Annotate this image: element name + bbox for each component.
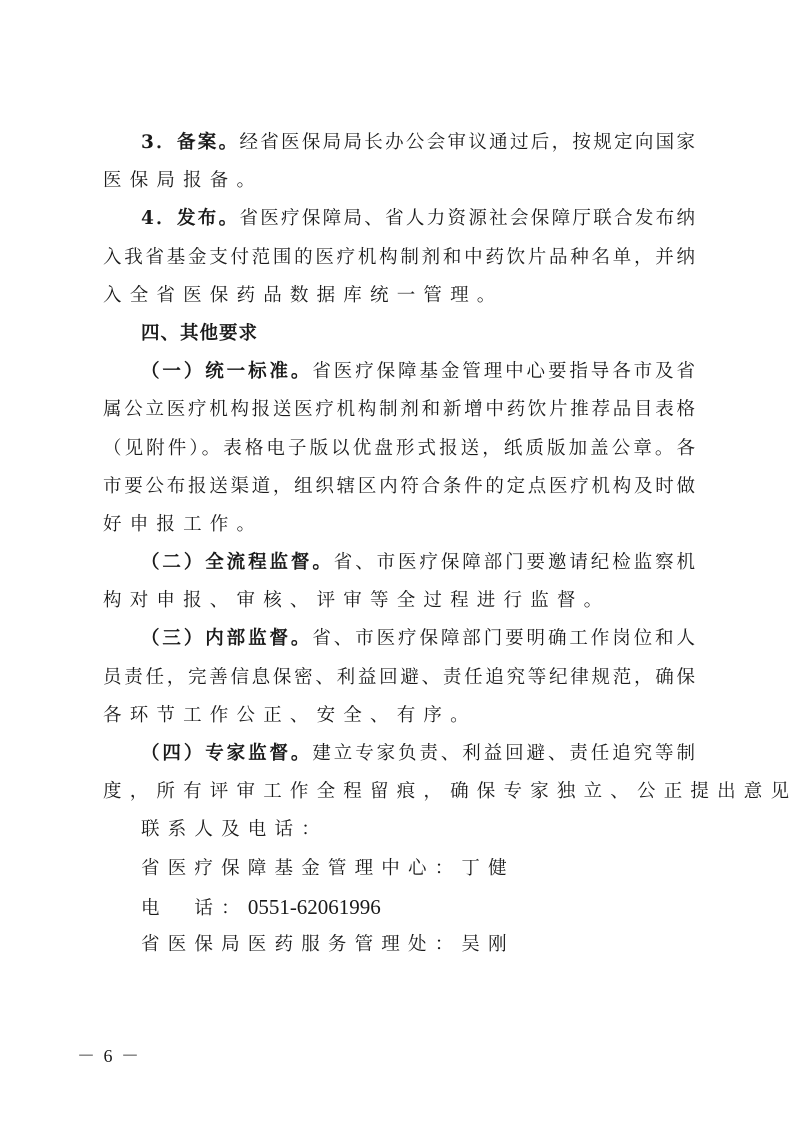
requirement-4-line-2: 度，所有评审工作全程留痕，确保专家独立、公正提出意见。 <box>103 773 695 811</box>
requirement-1-text-1: 省医疗保障基金管理中心要指导各市及省 <box>312 361 695 382</box>
requirement-3-lead: （三）内部监督。 <box>141 628 312 649</box>
contact-name: 吴刚 <box>461 934 514 955</box>
paragraph-publish-line-1: 4．发布。省医疗保障局、省人力资源社会保障厅联合发布纳 <box>103 200 695 238</box>
document-page: 3．备案。经省医保局局长办公会审议通过后，按规定向国家 医保局报备。 4．发布。… <box>103 124 695 964</box>
paragraph-filing-lead: 3．备案。 <box>141 132 239 153</box>
requirement-2-lead: （二）全流程监督。 <box>141 552 334 573</box>
page-number: － 6 － <box>77 1042 141 1068</box>
contact-entry-service-office: 省医保局医药服务管理处：吴刚 <box>103 926 695 964</box>
paragraph-filing-text-1: 经省医保局局长办公会审议通过后，按规定向国家 <box>239 132 695 153</box>
requirement-3-line-1: （三）内部监督。省、市医疗保障部门要明确工作岗位和人 <box>103 620 695 658</box>
requirement-4-line-1: （四）专家监督。建立专家负责、利益回避、责任追究等制 <box>103 735 695 773</box>
paragraph-publish-line-2: 入我省基金支付范围的医疗机构制剂和中药饮片品种名单，并纳 <box>103 239 695 277</box>
requirement-1-line-3: （见附件）。表格电子版以优盘形式报送，纸质版加盖公章。各 <box>103 430 695 468</box>
requirement-4-lead: （四）专家监督。 <box>141 743 312 764</box>
requirement-2-text-1: 省、市医疗保障部门要邀请纪检监察机 <box>334 552 695 573</box>
paragraph-filing-line-1: 3．备案。经省医保局局长办公会审议通过后，按规定向国家 <box>103 124 695 162</box>
contacts-heading: 联系人及电话： <box>103 811 695 849</box>
requirement-4-text-1: 建立专家负责、利益回避、责任追究等制 <box>312 743 695 764</box>
requirement-3-line-2: 员责任，完善信息保密、利益回避、责任追究等纪律规范，确保 <box>103 659 695 697</box>
phone-number: 0551-62061996 <box>248 895 381 919</box>
requirement-3-line-3: 各环节工作公正、安全、有序。 <box>103 697 695 735</box>
paragraph-publish-line-3: 入全省医保药品数据库统一管理。 <box>103 277 695 315</box>
paragraph-filing-line-2: 医保局报备。 <box>103 162 695 200</box>
requirement-2-line-1: （二）全流程监督。省、市医疗保障部门要邀请纪检监察机 <box>103 544 695 582</box>
requirement-3-text-1: 省、市医疗保障部门要明确工作岗位和人 <box>312 628 695 649</box>
contact-entry-phone: 电 话：0551-62061996 <box>103 888 695 926</box>
requirement-1-line-2: 属公立医疗机构报送医疗机构制剂和新增中药饮片推荐品目表格 <box>103 391 695 429</box>
requirement-1-line-1: （一）统一标准。省医疗保障基金管理中心要指导各市及省 <box>103 353 695 391</box>
paragraph-publish-lead: 4．发布。 <box>141 208 239 229</box>
requirement-1-line-5: 好申报工作。 <box>103 506 695 544</box>
paragraph-publish-text-1: 省医疗保障局、省人力资源社会保障厅联合发布纳 <box>239 208 695 229</box>
requirement-2-line-2: 构对申报、审核、评审等全过程进行监督。 <box>103 582 695 620</box>
contact-entry-fund-center: 省医疗保障基金管理中心：丁健 <box>103 850 695 888</box>
section-heading: 四、其他要求 <box>103 315 695 353</box>
contact-name: 丁健 <box>461 858 514 879</box>
requirement-1-line-4: 市要公布报送渠道，组织辖区内符合条件的定点医疗机构及时做 <box>103 468 695 506</box>
contact-label: 电 话： <box>141 898 248 919</box>
contact-label: 省医疗保障基金管理中心： <box>141 858 461 879</box>
requirement-1-lead: （一）统一标准。 <box>141 361 312 382</box>
contact-label: 省医保局医药服务管理处： <box>141 934 461 955</box>
